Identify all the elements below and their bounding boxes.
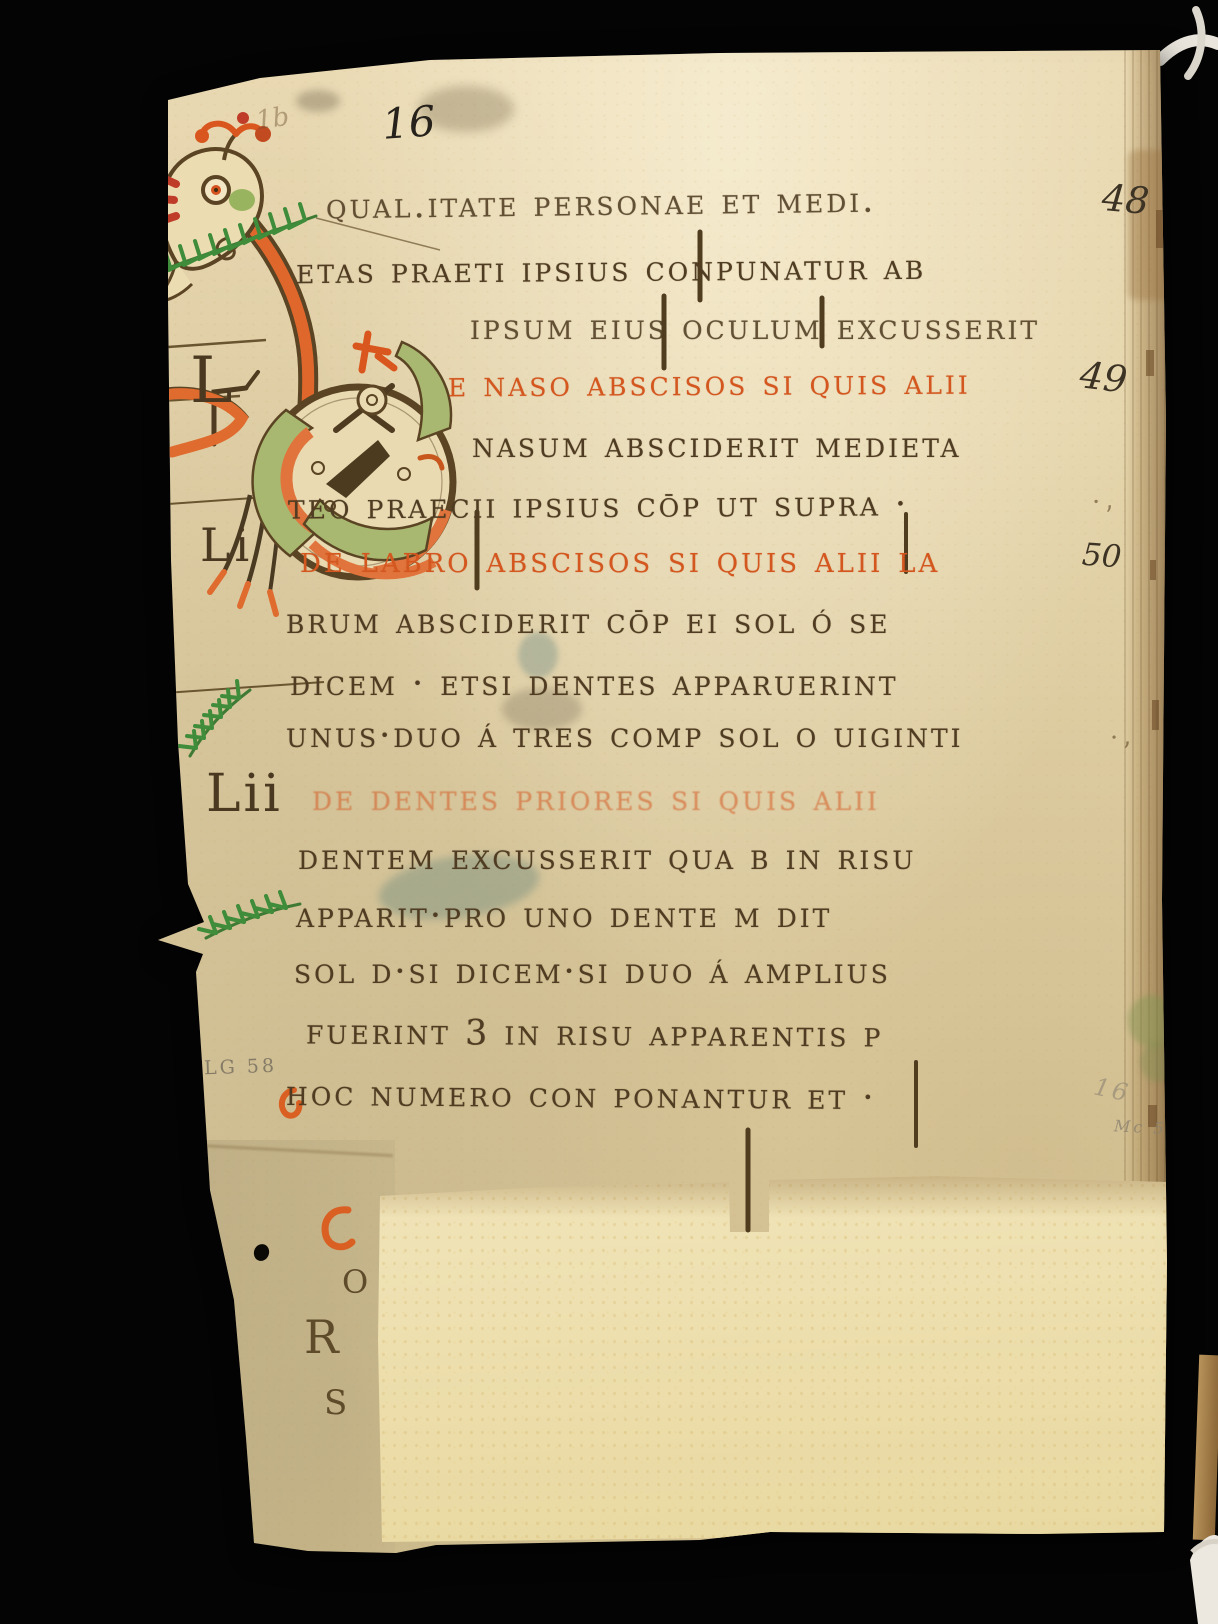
text-line: teo praecii ipsius cōp ut supra ·	[288, 484, 909, 527]
line-end-flourish: ·,	[1108, 720, 1136, 753]
ornament-layer	[0, 0, 1218, 1624]
green-patch	[229, 189, 255, 211]
worm-hole	[252, 1242, 272, 1263]
text-line: nasum absciderit medieta	[472, 426, 962, 466]
binding-gutter	[1124, 40, 1170, 1542]
margin-bracket-mark	[214, 372, 258, 444]
stain	[1128, 150, 1170, 300]
margin-number: 50	[1081, 537, 1123, 576]
chapter-numeral: L	[190, 344, 233, 418]
chapter-numeral: Li	[200, 518, 253, 572]
repair-patch	[378, 1140, 1168, 1542]
fern-sprig-middle	[146, 681, 250, 786]
line-end-flourish: ·,	[1090, 484, 1119, 518]
text-line: brum absciderit cōp ei sol ó se	[286, 602, 891, 642]
text-line: sol d·si dicem·si duo á amplius	[294, 952, 891, 992]
margin-rule-lines	[161, 218, 440, 693]
stain	[296, 90, 340, 112]
bird-eye	[203, 177, 229, 203]
margin-number: 48	[1100, 176, 1151, 223]
pencil-shelfmark: Mc 52	[1114, 1116, 1181, 1138]
curator-note: Abgelöst am Cod. Turic. C1G i bei Seite …	[178, 1222, 233, 1572]
curator-note-line: C1G i bei Seite 108/115v	[206, 1222, 234, 1572]
stain	[374, 845, 543, 929]
text-line: dicem · etsi dentes apparuerint	[290, 664, 899, 704]
stain	[418, 86, 514, 132]
photo-stage: o R s	[0, 0, 1218, 1624]
stain	[1128, 995, 1176, 1047]
ghost-foliation: 1b	[254, 102, 291, 136]
stain	[502, 688, 582, 730]
gutter-flecks	[1146, 210, 1165, 1127]
fragment-letter: o	[342, 1250, 368, 1304]
margin-number: 49	[1078, 353, 1130, 401]
lower-strip-shading	[150, 1140, 395, 1560]
pencil-folio: 16	[1091, 1073, 1133, 1108]
text-line: unus·duo á tres comp sol o uiginti	[286, 716, 964, 756]
comb-red	[148, 174, 176, 224]
chapter-numeral: Lii	[206, 764, 283, 824]
bird-head-ornament	[148, 112, 271, 302]
decorated-initial	[253, 334, 453, 577]
fragment-letter: R	[304, 1310, 339, 1364]
pencil-shelfmark: LG 58	[204, 1055, 278, 1080]
descender-strokes	[477, 232, 916, 1230]
text-line-rubric: e naso abscisos si quis alii	[448, 363, 971, 406]
fern-sprig-top	[154, 204, 316, 275]
text-line: fuerint 3 in risu apparentis p	[306, 1012, 884, 1055]
stain	[518, 632, 558, 678]
partial-rubric-strokes	[282, 1090, 352, 1247]
leaf-wrap: o R s	[0, 0, 1218, 1624]
manuscript-page: o R s	[0, 0, 1218, 1624]
text-line-rubric: de dentes priores si quis alii	[312, 778, 880, 819]
text-line: ipsum eius oculum excusserit	[470, 308, 1040, 348]
fern-sprig-lower	[199, 892, 300, 938]
parchment-texture	[0, 0, 1218, 1624]
text-line-rubric: de labro abscisos si quis alii la	[300, 538, 940, 581]
text-line: hoc numero con ponantur et ·	[286, 1074, 877, 1118]
fold-crease	[158, 1142, 393, 1157]
bird-neck	[238, 212, 308, 456]
text-line: dentem excusserit qua b in risu	[298, 838, 916, 878]
text-line: qual.itate personae et medi.	[326, 181, 877, 228]
text-line: apparit·pro uno dente m dit	[296, 896, 832, 936]
text-line: etas praeti ipsius conpunatur ab	[296, 248, 926, 292]
curator-note-line: Abgelöst am Cod. Turic.	[178, 1222, 206, 1572]
stain	[1140, 1042, 1176, 1082]
folio-number: 16	[380, 96, 437, 149]
bird-foot-ornament	[150, 388, 280, 614]
fragment-letter: s	[324, 1370, 347, 1426]
